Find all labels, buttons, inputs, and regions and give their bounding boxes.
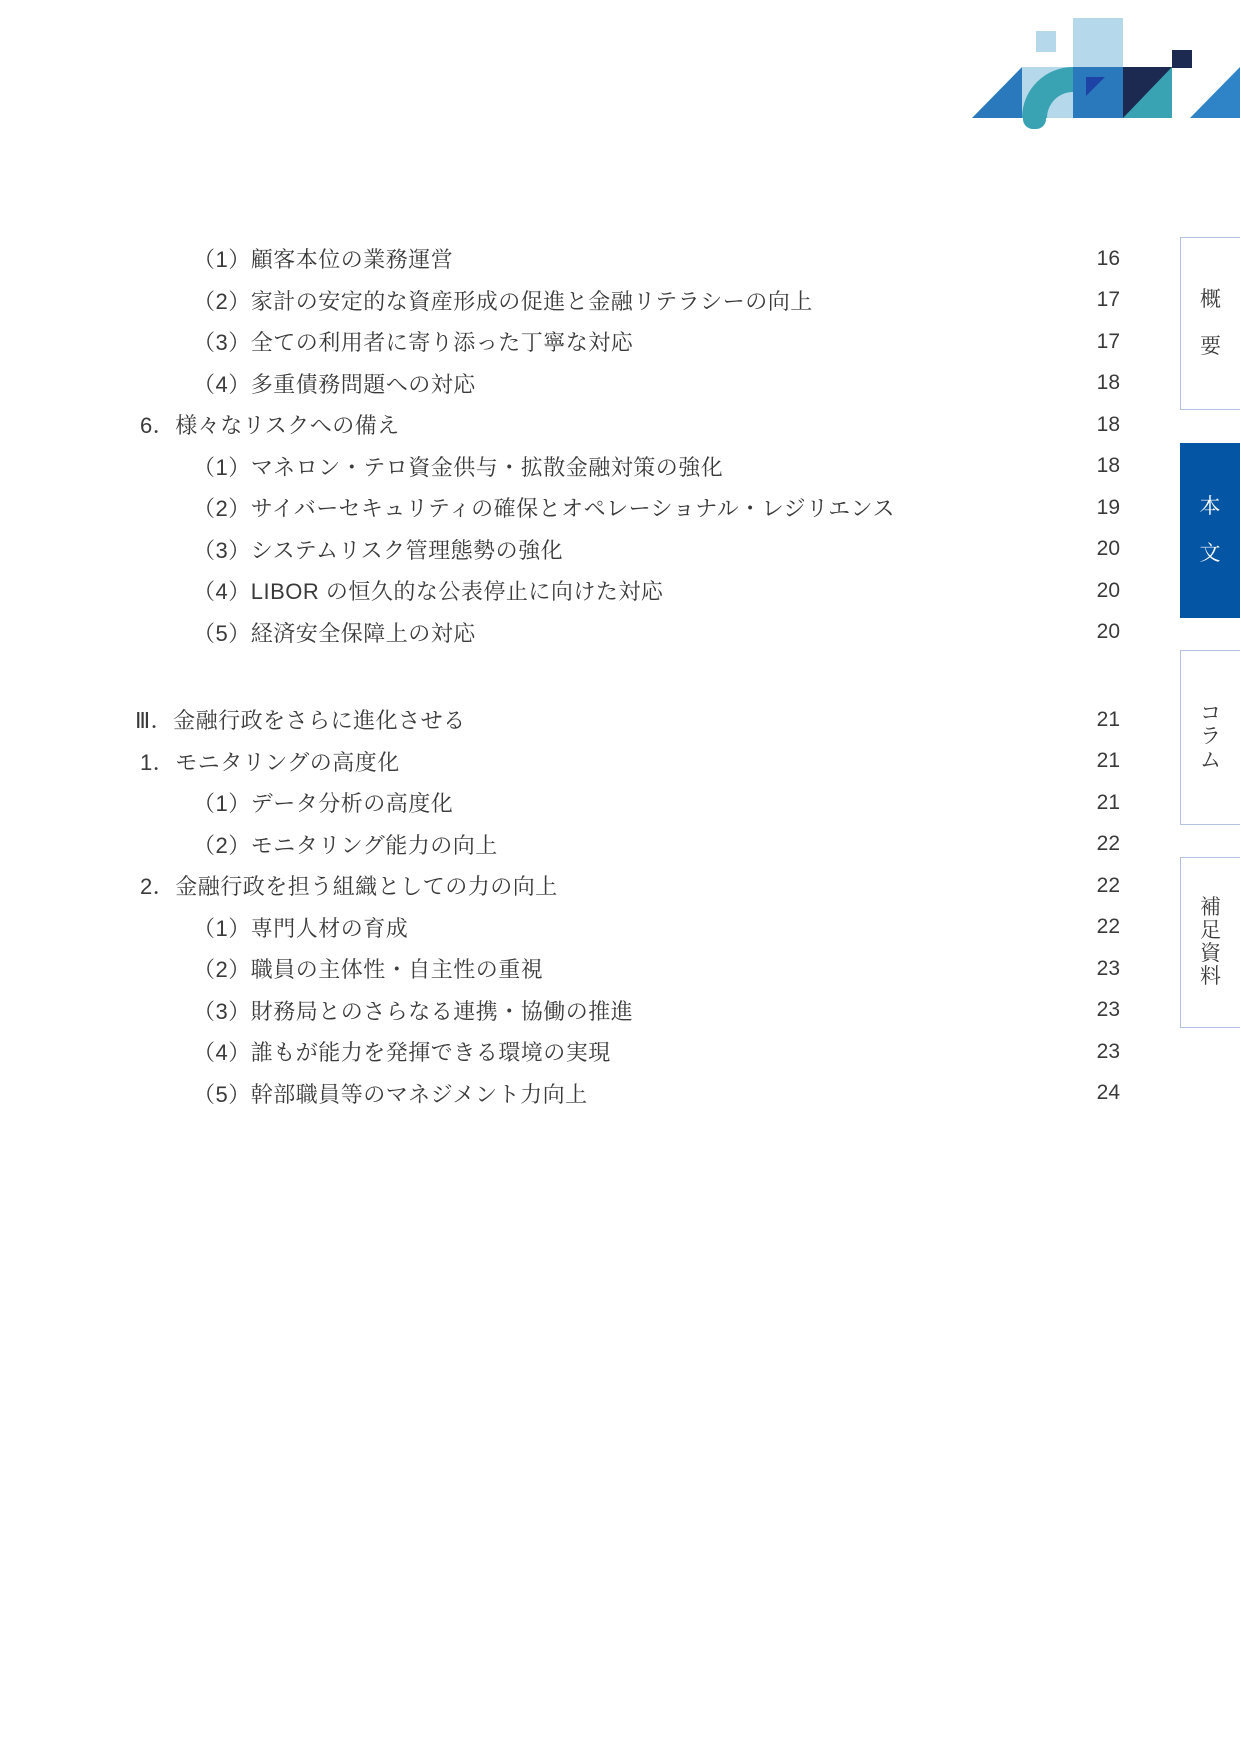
toc-item-label: （3）財務局とのさらなる連携・協働の推進 xyxy=(193,995,1076,1026)
toc-item-label: （1）マネロン・テロ資金供与・拡散金融対策の強化 xyxy=(193,451,1076,482)
toc-item[interactable]: （5）経済安全保障上の対応20 xyxy=(135,612,1120,654)
side-tab-char: 概 xyxy=(1200,289,1221,311)
logo-small-lightblue-square xyxy=(1036,31,1056,52)
side-tab-supplementary-materials[interactable]: 補足資料 xyxy=(1180,857,1240,1028)
toc-item-label: 2．金融行政を担う組織としての力の向上 xyxy=(140,870,1076,901)
logo-small-navy-square xyxy=(1172,50,1192,68)
toc-item[interactable]: （3）財務局とのさらなる連携・協働の推進23 xyxy=(135,990,1120,1032)
toc-item-page-number: 22 xyxy=(1076,832,1120,856)
toc-item-page-number: 18 xyxy=(1076,371,1120,395)
side-tab-main-text[interactable]: 本文 xyxy=(1180,443,1240,618)
toc-item-page-number: 24 xyxy=(1076,1081,1120,1105)
toc-item-page-number: 16 xyxy=(1076,247,1120,271)
toc-item-label: Ⅲ．金融行政をさらに進化させる xyxy=(135,704,1076,735)
toc-item-label: （2）サイバーセキュリティの確保とオペレーショナル・レジリエンス xyxy=(193,492,1076,523)
side-tab-char: 本 xyxy=(1200,496,1221,518)
toc-item[interactable]: （5）幹部職員等のマネジメント力向上24 xyxy=(135,1073,1120,1115)
toc-item-page-number: 20 xyxy=(1076,537,1120,561)
toc-item-page-number: 22 xyxy=(1076,915,1120,939)
toc-item-page-number: 19 xyxy=(1076,496,1120,520)
logo-blue-triangle-right xyxy=(1190,67,1240,118)
fsa-geometric-logo xyxy=(972,18,1240,130)
side-tab-overview[interactable]: 概要 xyxy=(1180,237,1240,410)
toc-item[interactable]: （2）サイバーセキュリティの確保とオペレーショナル・レジリエンス19 xyxy=(135,487,1120,529)
toc-item[interactable]: （3）システムリスク管理態勢の強化20 xyxy=(135,529,1120,571)
toc-item-page-number: 23 xyxy=(1076,957,1120,981)
toc-item-page-number: 17 xyxy=(1076,330,1120,354)
toc-item-label: （5）経済安全保障上の対応 xyxy=(193,617,1076,648)
toc-item[interactable]: 1．モニタリングの高度化21 xyxy=(135,741,1120,783)
logo-inner-triangle xyxy=(1086,77,1105,96)
toc-item[interactable]: 6．様々なリスクへの備え18 xyxy=(135,404,1120,446)
toc-item-label: 6．様々なリスクへの備え xyxy=(140,409,1076,440)
toc-item-label: （5）幹部職員等のマネジメント力向上 xyxy=(193,1078,1076,1109)
logo-teal-triangle xyxy=(1123,67,1172,118)
toc-item[interactable]: Ⅲ．金融行政をさらに進化させる21 xyxy=(135,699,1120,741)
toc-item[interactable]: （1）マネロン・テロ資金供与・拡散金融対策の強化18 xyxy=(135,446,1120,488)
side-tab-char: 要 xyxy=(1200,336,1221,358)
toc-item[interactable]: 2．金融行政を担う組織としての力の向上22 xyxy=(135,865,1120,907)
logo-navy-square-cell xyxy=(1123,67,1172,118)
toc-item-label: （4）多重債務問題への対応 xyxy=(193,368,1076,399)
toc-item-page-number: 21 xyxy=(1076,708,1120,732)
side-tab-char: 資 xyxy=(1200,943,1221,965)
toc-item-label: （2）家計の安定的な資産形成の促進と金融リテラシーの向上 xyxy=(193,285,1076,316)
toc-item-page-number: 23 xyxy=(1076,998,1120,1022)
toc-item-page-number: 20 xyxy=(1076,620,1120,644)
side-tab-char: ラ xyxy=(1200,726,1221,748)
toc-item[interactable]: （4）多重債務問題への対応18 xyxy=(135,363,1120,405)
toc-item[interactable]: （4）誰もが能力を発揮できる環境の実現23 xyxy=(135,1031,1120,1073)
toc-item-label: （1）顧客本位の業務運営 xyxy=(193,243,1076,274)
toc-item[interactable]: （2）家計の安定的な資産形成の促進と金融リテラシーの向上17 xyxy=(135,280,1120,322)
toc-item-page-number: 18 xyxy=(1076,454,1120,478)
toc-item-label: （4）LIBOR の恒久的な公表停止に向けた対応 xyxy=(193,575,1076,606)
side-tab-char: ム xyxy=(1200,750,1221,772)
logo-teal-arc-tail xyxy=(1023,118,1046,129)
toc-item-label: 1．モニタリングの高度化 xyxy=(140,746,1076,777)
toc-item[interactable]: （1）データ分析の高度化21 xyxy=(135,782,1120,824)
toc-item-page-number: 17 xyxy=(1076,288,1120,312)
toc-item-page-number: 23 xyxy=(1076,1040,1120,1064)
logo-large-lightblue-rect xyxy=(1073,18,1123,67)
document-page: { "logo": { "name": "fsa-geometric-logo"… xyxy=(0,0,1241,1755)
side-tab-char: 文 xyxy=(1200,543,1221,565)
toc-item-label: （3）システムリスク管理態勢の強化 xyxy=(193,534,1076,565)
toc-item-label: （4）誰もが能力を発揮できる環境の実現 xyxy=(193,1036,1076,1067)
toc-item-page-number: 21 xyxy=(1076,749,1120,773)
toc-item-label: （1）データ分析の高度化 xyxy=(193,787,1076,818)
side-tab-column[interactable]: コラム xyxy=(1180,650,1240,825)
table-of-contents: （1）顧客本位の業務運営16（2）家計の安定的な資産形成の促進と金融リテラシーの… xyxy=(135,238,1120,1114)
toc-item-page-number: 22 xyxy=(1076,874,1120,898)
logo-blue-square-cell xyxy=(1073,67,1123,118)
toc-item[interactable]: （1）顧客本位の業務運営16 xyxy=(135,238,1120,280)
toc-item-label: （2）モニタリング能力の向上 xyxy=(193,829,1076,860)
side-tab-char: コ xyxy=(1200,703,1221,725)
toc-item[interactable]: （3）全ての利用者に寄り添った丁寧な対応17 xyxy=(135,321,1120,363)
toc-item[interactable]: （4）LIBOR の恒久的な公表停止に向けた対応20 xyxy=(135,570,1120,612)
logo-teal-arc xyxy=(1022,67,1073,118)
logo-blue-triangle-left xyxy=(972,67,1022,118)
toc-item-page-number: 18 xyxy=(1076,413,1120,437)
toc-item[interactable]: （1）専門人材の育成22 xyxy=(135,907,1120,949)
side-tab-char: 足 xyxy=(1200,920,1221,942)
toc-item-page-number: 21 xyxy=(1076,791,1120,815)
toc-item[interactable]: （2）職員の主体性・自主性の重視23 xyxy=(135,948,1120,990)
toc-item-label: （2）職員の主体性・自主性の重視 xyxy=(193,953,1076,984)
side-tab-char: 補 xyxy=(1200,897,1221,919)
toc-item-page-number: 20 xyxy=(1076,579,1120,603)
toc-item-label: （3）全ての利用者に寄り添った丁寧な対応 xyxy=(193,326,1076,357)
toc-item[interactable]: （2）モニタリング能力の向上22 xyxy=(135,824,1120,866)
logo-teal-arc-cell xyxy=(1022,67,1073,118)
logo-bottom-row xyxy=(972,67,1240,118)
toc-item-label: （1）専門人材の育成 xyxy=(193,912,1076,943)
side-tab-char: 料 xyxy=(1200,966,1221,988)
